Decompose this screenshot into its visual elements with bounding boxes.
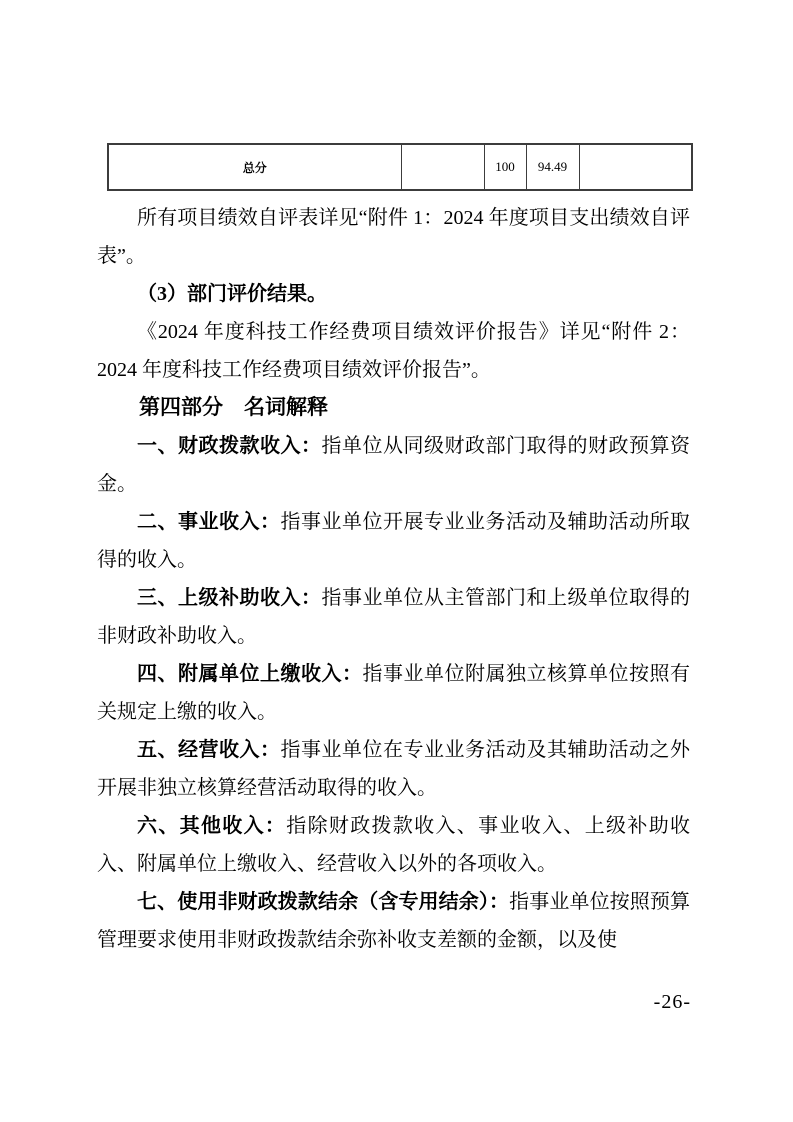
page-number: -26- [654,991,691,1013]
term-definition-1: 一、财政拨款收入：指单位从同级财政部门取得的财政预算资金。 [97,427,690,503]
table-cell-total-label: 总分 [108,144,401,190]
table-cell-score: 94.49 [526,144,579,190]
term-lead-3: 三、上级补助收入： [137,587,322,609]
document-page: 总分 100 94.49 所有项目绩效自评表详见“附件 1：2024 年度项目支… [0,0,793,1122]
table-cell-blank-1 [401,144,484,190]
term-definition-6: 六、其他收入：指除财政拨款收入、事业收入、上级补助收入、附属单位上缴收入、经营收… [97,807,690,883]
table-cell-blank-2 [579,144,692,190]
table-cell-max-score: 100 [484,144,526,190]
paragraph-dept-eval-note: 《2024 年度科技工作经费项目绩效评价报告》详见“附件 2：2024 年度科技… [97,313,690,389]
score-table: 总分 100 94.49 [107,143,693,191]
term-lead-7: 七、使用非财政拨款结余（含专用结余）： [137,891,509,913]
term-lead-2: 二、事业收入： [137,511,281,533]
term-definition-3: 三、上级补助收入：指事业单位从主管部门和上级单位取得的非财政补助收入。 [97,579,690,655]
table-row: 总分 100 94.49 [108,144,692,190]
term-definition-2: 二、事业收入：指事业单位开展专业业务活动及辅助活动所取得的收入。 [97,503,690,579]
term-definition-5: 五、经营收入：指事业单位在专业业务活动及其辅助活动之外开展非独立核算经营活动取得… [97,731,690,807]
document-body: 所有项目绩效自评表详见“附件 1：2024 年度项目支出绩效自评表”。 （3）部… [97,199,690,959]
section-heading: 第四部分 名词解释 [97,389,690,427]
term-definition-7: 七、使用非财政拨款结余（含专用结余）：指事业单位按照预算管理要求使用非财政拨款结… [97,883,690,959]
term-lead-4: 四、附属单位上缴收入： [137,663,363,685]
term-lead-5: 五、经营收入： [137,739,281,761]
term-lead-6: 六、其他收入： [137,815,286,837]
term-definition-4: 四、附属单位上缴收入：指事业单位附属独立核算单位按照有关规定上缴的收入。 [97,655,690,731]
paragraph-self-eval-note: 所有项目绩效自评表详见“附件 1：2024 年度项目支出绩效自评表”。 [97,199,690,275]
term-lead-1: 一、财政拨款收入： [137,435,322,457]
paragraph-dept-eval-heading: （3）部门评价结果。 [97,275,690,313]
